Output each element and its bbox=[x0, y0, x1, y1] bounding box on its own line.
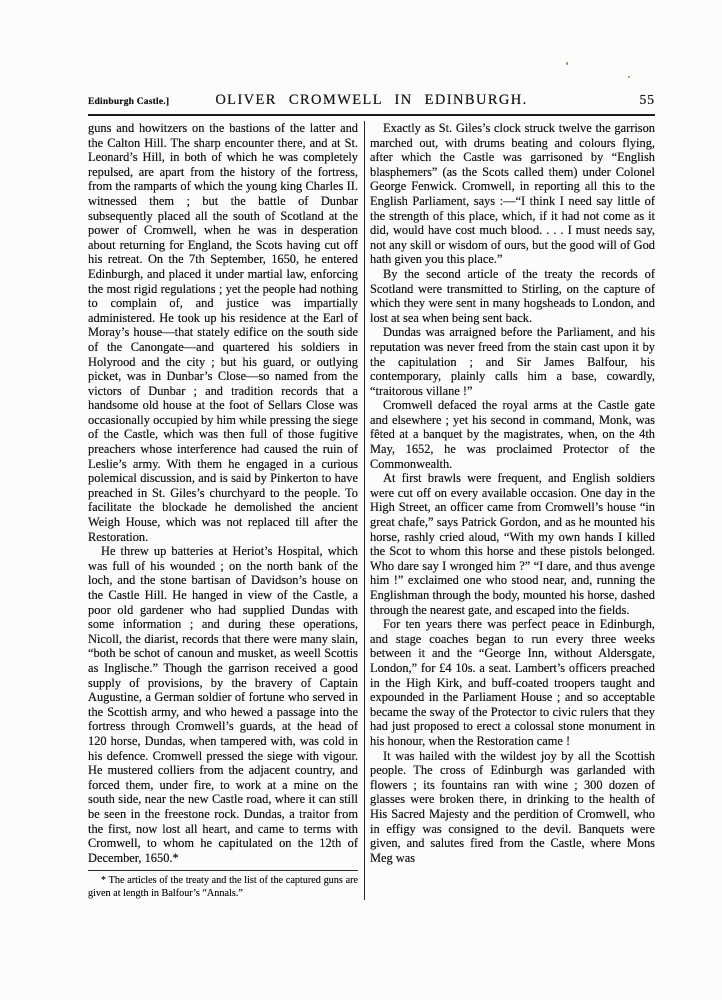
right-column-paragraphs: Exactly as St. Giles’s clock struck twel… bbox=[370, 121, 655, 865]
left-column: guns and howitzers on the bastions of th… bbox=[88, 121, 358, 900]
scan-speck bbox=[566, 62, 568, 65]
paragraph: Cromwell defaced the royal arms at the C… bbox=[370, 398, 655, 471]
page-header: Edinburgh Castle.] OLIVER CROMWELL IN ED… bbox=[88, 92, 655, 109]
chapter-title: OLIVER CROMWELL IN EDINBURGH. bbox=[215, 92, 527, 109]
paragraph: At first brawls were frequent, and Engli… bbox=[370, 471, 655, 617]
paragraph: By the second article of the treaty the … bbox=[370, 267, 655, 325]
footnote: * The articles of the treaty and the lis… bbox=[88, 875, 358, 900]
text-columns: guns and howitzers on the bastions of th… bbox=[88, 121, 655, 900]
paragraph: Dundas was arraigned before the Parliame… bbox=[370, 325, 655, 398]
paragraph: Exactly as St. Giles’s clock struck twel… bbox=[370, 121, 655, 267]
running-title-left: Edinburgh Castle.] bbox=[88, 97, 215, 107]
header-rule bbox=[88, 114, 655, 116]
left-column-paragraphs: guns and howitzers on the bastions of th… bbox=[88, 121, 358, 865]
book-page: Edinburgh Castle.] OLIVER CROMWELL IN ED… bbox=[0, 0, 722, 1000]
footnote-rule bbox=[88, 870, 358, 871]
paragraph: For ten years there was perfect peace in… bbox=[370, 617, 655, 748]
scan-speck bbox=[628, 76, 630, 78]
paragraph: He threw up batteries at Heriot’s Hospit… bbox=[88, 544, 358, 865]
paragraph: guns and howitzers on the bastions of th… bbox=[88, 121, 358, 544]
paragraph: It was hailed with the wildest joy by al… bbox=[370, 749, 655, 866]
column-divider bbox=[364, 121, 365, 900]
page-number: 55 bbox=[528, 92, 655, 108]
right-column: Exactly as St. Giles’s clock struck twel… bbox=[370, 121, 655, 900]
